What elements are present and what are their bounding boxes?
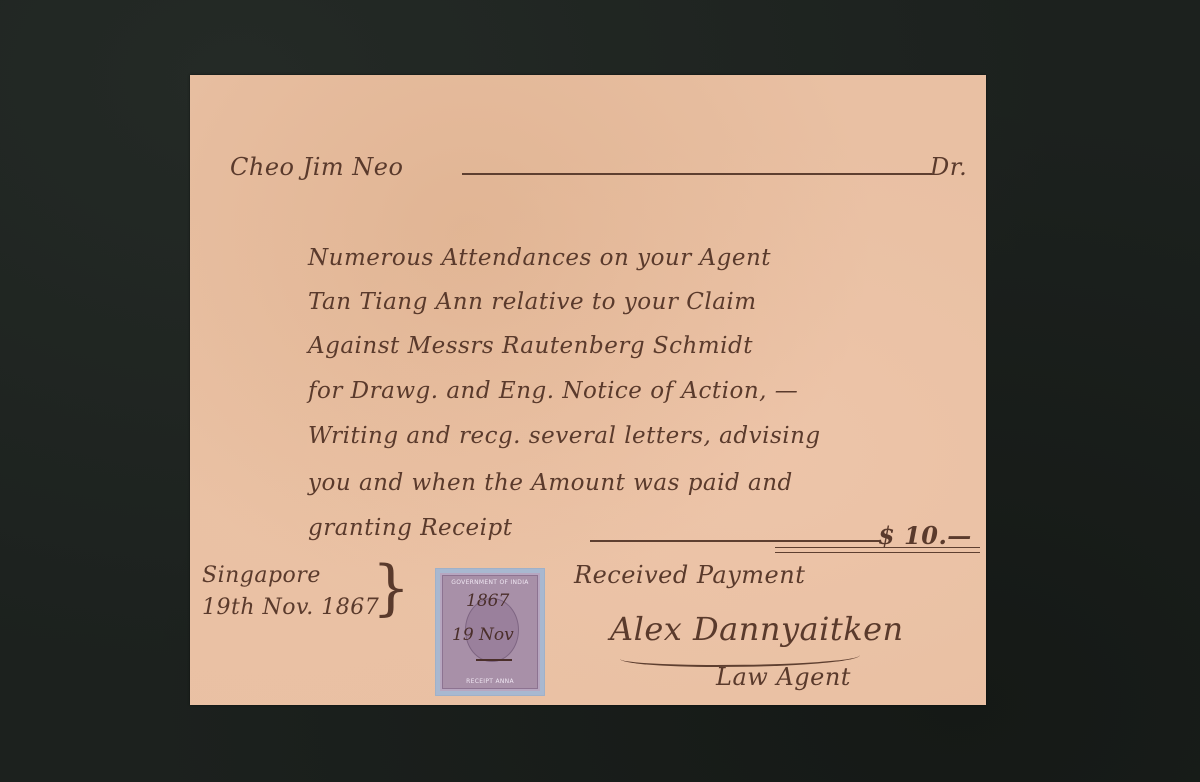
place-of-issue: Singapore [202,563,321,588]
amount-leader-line [590,540,880,542]
stamp-top-text: GOVERNMENT OF INDIA [443,579,537,586]
stamp-bottom-text: RECEIPT ANNA [443,678,537,685]
payee-underline [462,173,932,175]
body-line-3: Against Messrs Rautenberg Schmidt [308,333,753,359]
amount-double-rule-2 [775,552,980,553]
stamp-cancel-date: 19 Nov [452,625,514,645]
body-line-2: Tan Tiang Ann relative to your Claim [308,289,757,315]
signature: Alex Dannyaitken [610,610,904,648]
debit-marker: Dr. [930,153,967,181]
stamp-cancel-stroke [476,659,512,661]
revenue-stamp: GOVERNMENT OF INDIA RECEIPT ANNA 1867 19… [435,568,545,696]
body-line-4: for Drawg. and Eng. Notice of Action, — [308,378,798,404]
signature-title: Law Agent [716,663,851,691]
date-brace: } [372,553,411,623]
received-payment-text: Received Payment [574,561,805,589]
receipt-document: Cheo Jim Neo Dr. Numerous Attendances on… [190,75,986,705]
body-line-7: granting Receipt [308,515,512,541]
body-line-6: you and when the Amount was paid and [308,470,793,496]
payee-name: Cheo Jim Neo [230,153,403,181]
issue-date: 19th Nov. 1867 [202,595,379,620]
body-line-1: Numerous Attendances on your Agent [308,245,771,271]
body-line-5: Writing and recg. several letters, advis… [308,423,821,449]
stamp-cancel-year: 1867 [466,591,509,611]
amount-total: $ 10.— [878,521,972,550]
